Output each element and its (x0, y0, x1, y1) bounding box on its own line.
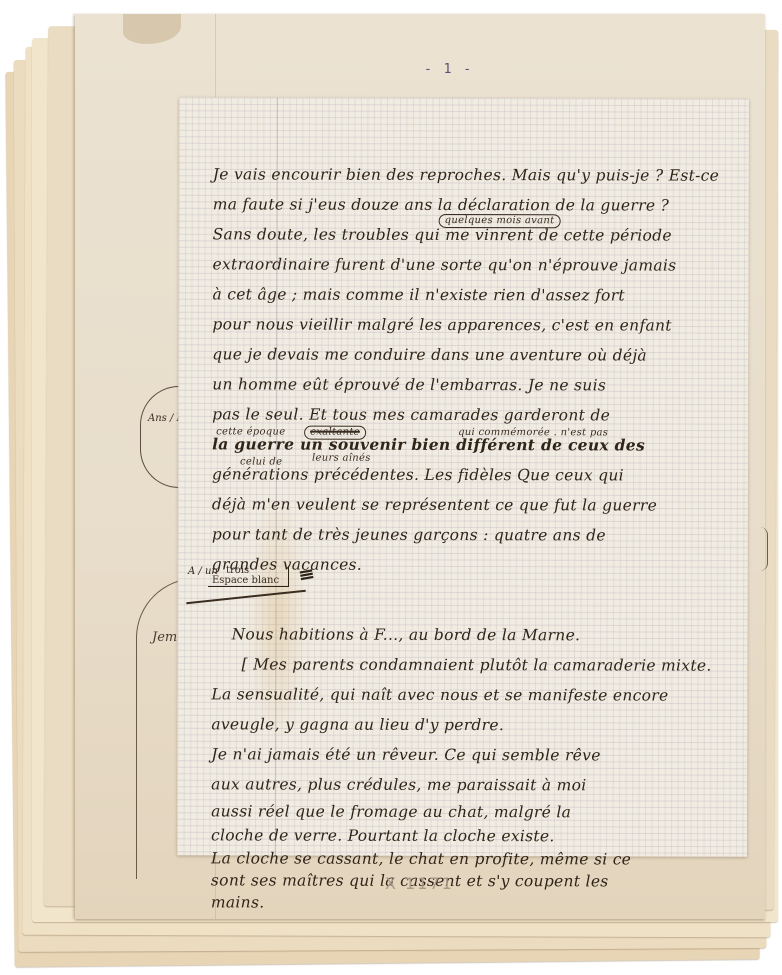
manuscript-line: un homme eût éprouvé de l'embarras. Je n… (212, 369, 742, 400)
manuscript-line: Je n'ai jamais été un rêveur. Ce qui sem… (211, 739, 741, 770)
manuscript-line: cette époque exaltante qui commémorée . … (212, 429, 742, 460)
manuscript-line: mains. (211, 891, 741, 914)
right-margin-brace (759, 527, 768, 571)
margin-note-lower: Jem (152, 630, 177, 645)
manuscript-text: Je vais encourir bien des reproches. Mai… (211, 159, 743, 914)
interlinear-note: leurs aînés (312, 454, 371, 464)
insert-mark-spacer (212, 579, 742, 620)
interlinear-note: celui de (240, 457, 282, 467)
manuscript-line: extraordinaire furent d'une sorte qu'on … (213, 249, 743, 280)
interlinear-note-struck: exaltante (304, 426, 366, 440)
manuscript-line: La cloche se cassant, le chat en profite… (211, 847, 741, 870)
manuscript-line: pas le seul. Et tous mes camarades garde… (212, 399, 742, 430)
interlinear-note: qui commémorée . n'est pas (458, 428, 608, 438)
manuscript-line-text: ma faute si j'eus douze ans la déclarati… (213, 195, 669, 214)
manuscript-line: à cet âge ; mais comme il n'existe rien … (212, 279, 742, 310)
manuscript-line: aveugle, y gagna au lieu d'y perdre. (211, 709, 741, 740)
manuscript-line: déjà m'en veulent se représentent ce que… (212, 489, 742, 520)
manuscript-line: ma faute si j'eus douze ans la déclarati… (213, 189, 743, 220)
manuscript-line: Nous habitions à F..., au bord de la Mar… (212, 619, 742, 650)
manuscript-line: grandes vacances. (212, 549, 742, 580)
manuscript-line: sont ses maîtres qui la cassent et s'y c… (211, 869, 741, 892)
archive-number: X 1171 (385, 874, 454, 893)
manuscript-line-text: générations précédentes. Les fidèles Que… (212, 465, 624, 484)
insert-label-bottom: Espace blanc (212, 576, 279, 586)
manuscript-line: cloche de verre. Pourtant la cloche exis… (211, 823, 741, 848)
manuscript-line: La sensualité, qui naît avec nous et se … (211, 679, 741, 710)
manuscript-line: aux autres, plus crédules, me paraissait… (211, 769, 741, 800)
insert-mark-box: trois Espace blanc (208, 566, 289, 587)
manuscript-line: [ Mes parents condamnaient plutôt la cam… (211, 649, 741, 680)
torn-corner (123, 14, 181, 44)
manuscript-line: Sans doute, les troubles qui me vinrent … (213, 219, 743, 250)
manuscript-line: que je devais me conduire dans une avent… (212, 339, 742, 370)
manuscript-line: celui de leurs aînés générations précéde… (212, 459, 742, 490)
page-number: - 1 - (424, 62, 473, 77)
graph-paper-sheet: Je vais encourir bien des reproches. Mai… (177, 97, 749, 856)
manuscript-line: aussi réel que le fromage au chat, malgr… (211, 799, 741, 824)
manuscript-line: pour tant de très jeunes garçons : quatr… (212, 519, 742, 550)
manuscript-line: pour nous vieillir malgré les apparences… (212, 309, 742, 340)
manuscript-line: Je vais encourir bien des reproches. Mai… (213, 159, 743, 190)
interlinear-note: cette époque (216, 427, 285, 437)
